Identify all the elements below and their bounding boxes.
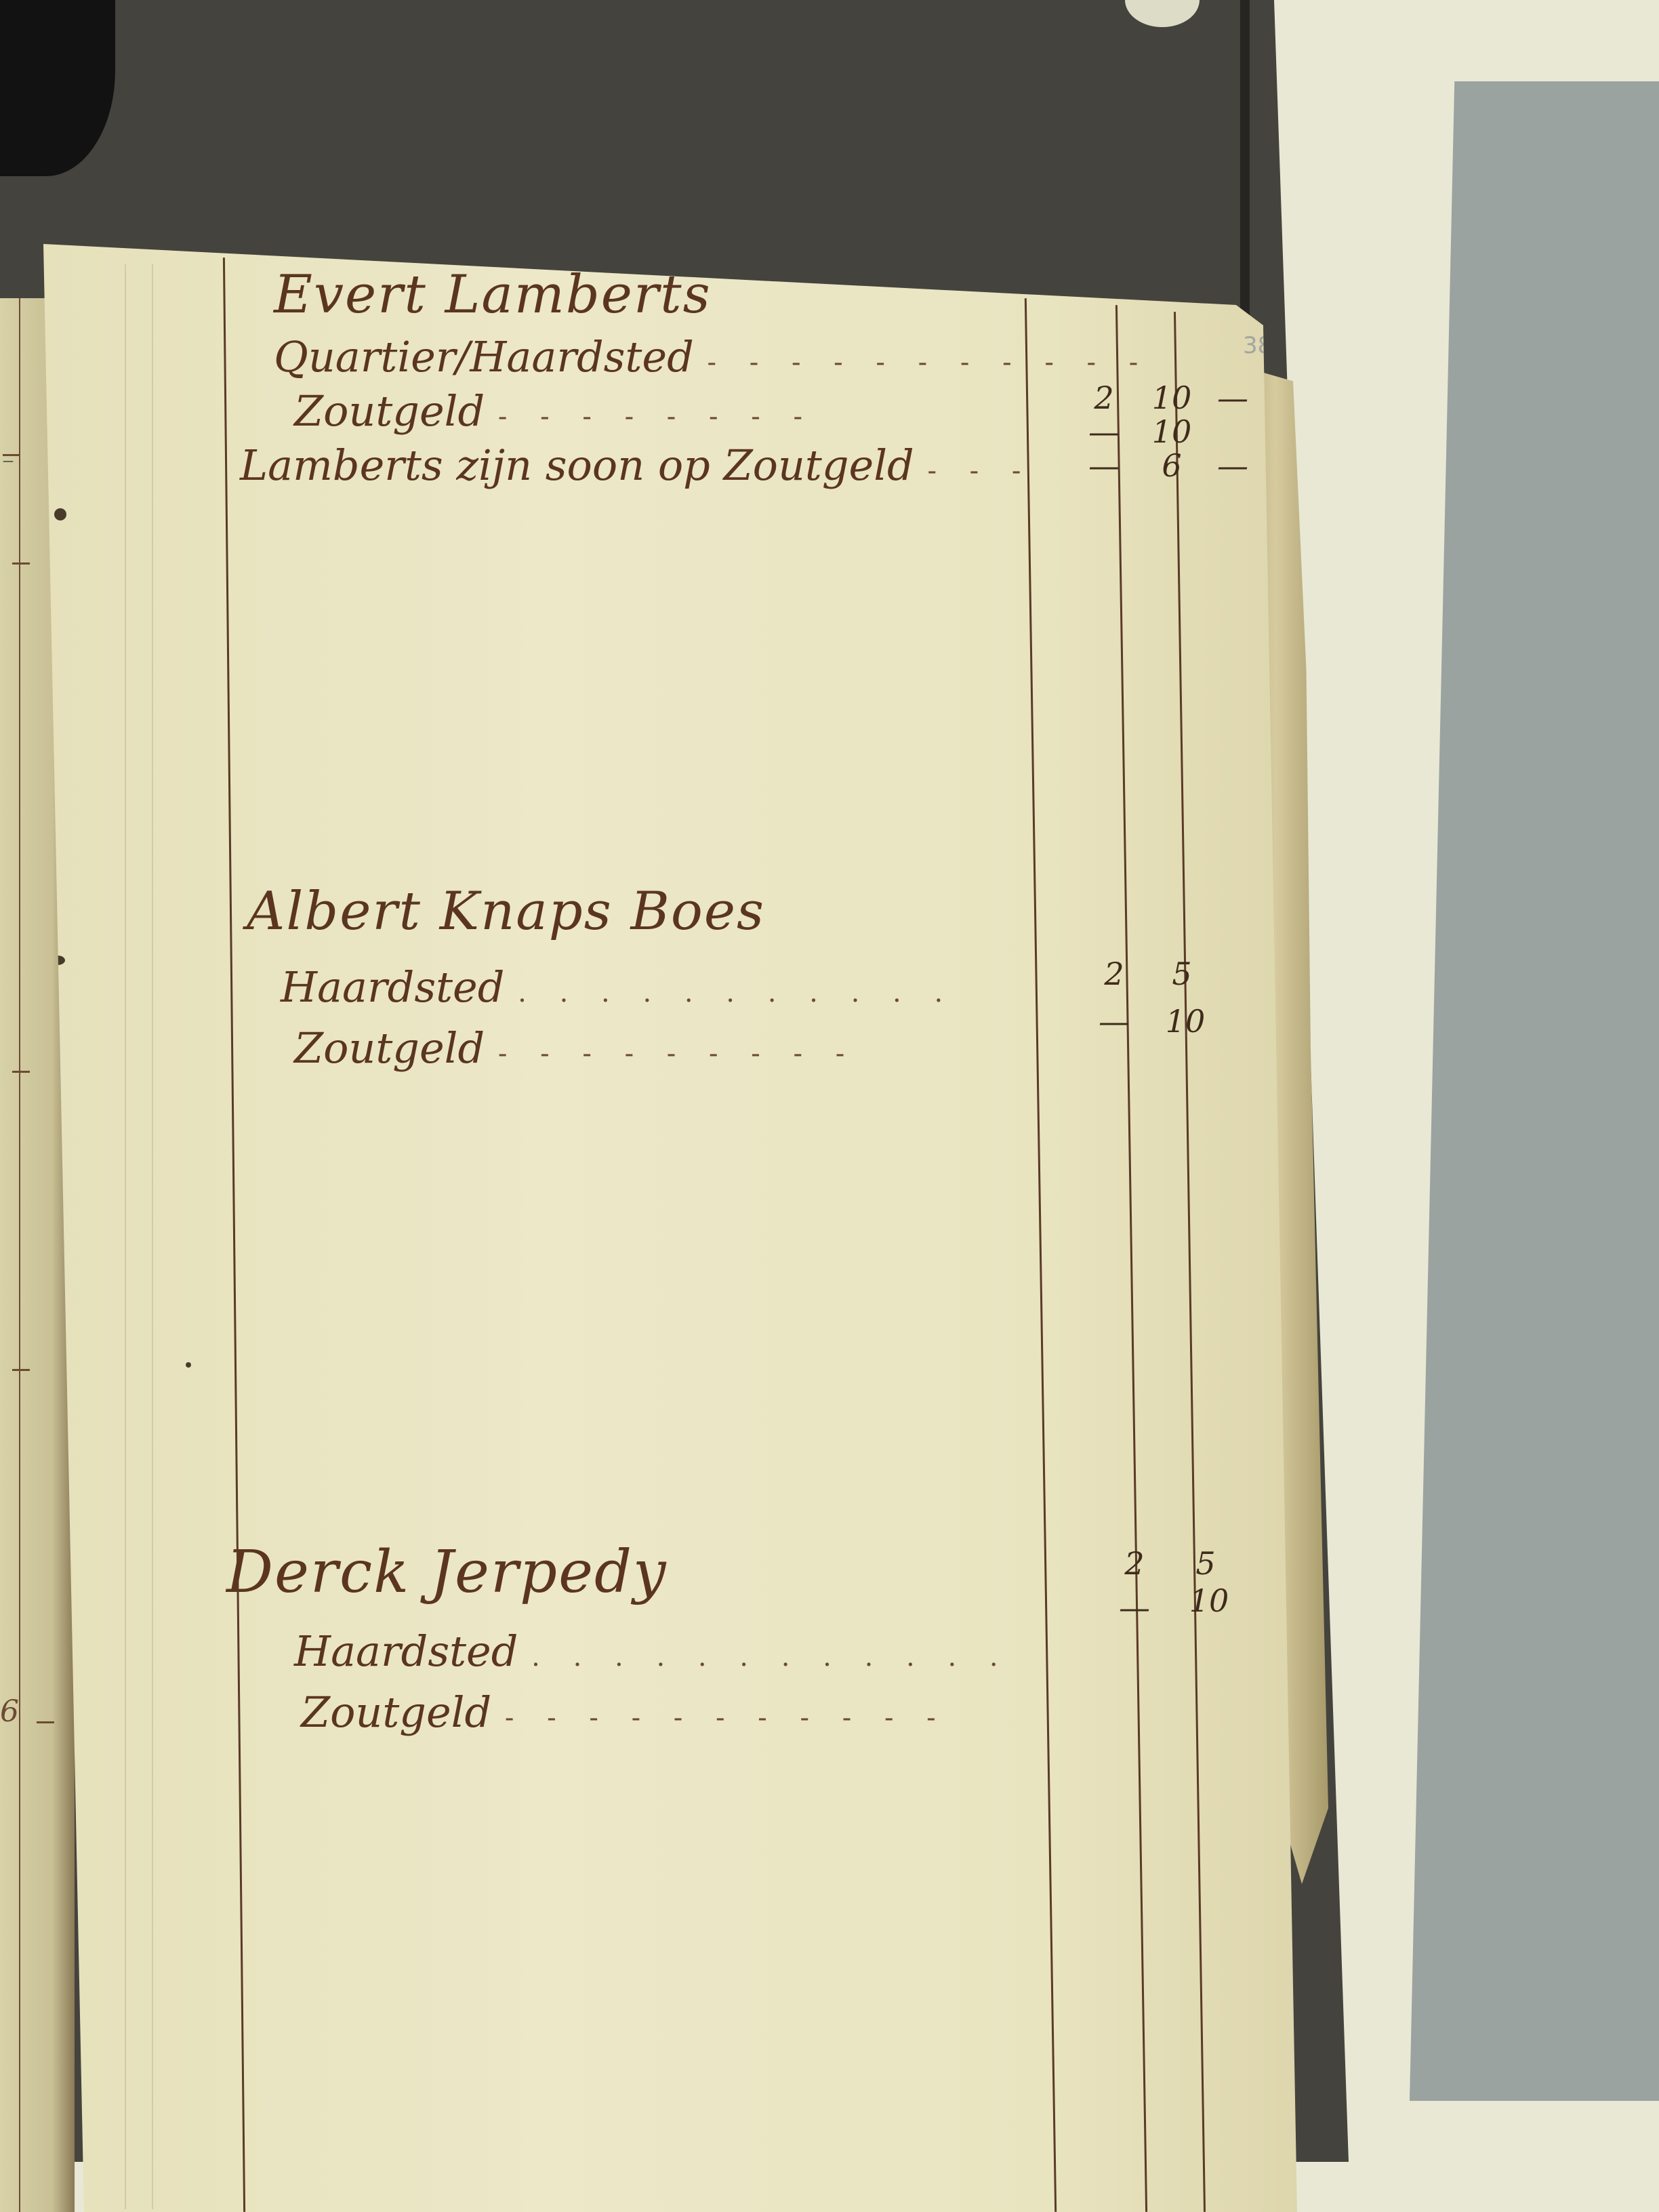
penningen-column-rule xyxy=(1174,312,1206,2212)
amount-guilders: — xyxy=(1090,1003,1138,1040)
item-label: Zoutgeld xyxy=(301,1687,491,1737)
line-item: Zoutgeld - - - - - - - - xyxy=(294,386,815,436)
item-label: Zoutgeld xyxy=(294,386,485,436)
amount-stuivers: 10 xyxy=(1185,1582,1233,1619)
tick-mark xyxy=(12,562,30,565)
left-margin-rule xyxy=(223,258,245,2212)
dot-leader: . . . . . . . . . . . xyxy=(518,977,955,1008)
margin-rule xyxy=(19,298,20,2212)
amount-stuivers: 10 xyxy=(1148,380,1195,416)
amount-guilders: — xyxy=(1111,1589,1158,1626)
taxpayer-name: Albert Knaps Boes xyxy=(247,881,765,942)
dot-leader: - - - xyxy=(927,455,1033,487)
tick-mark xyxy=(12,1369,30,1371)
tick-mark: — xyxy=(3,454,20,456)
amount-stuivers: 10 xyxy=(1162,1003,1209,1040)
amount-penningen: — xyxy=(1209,380,1256,416)
fragment-digit: 6 xyxy=(0,1694,19,1729)
line-item: Lamberts zijn soon op Zoutgeld - - - xyxy=(240,441,1033,490)
line-item: Haardsted . . . . . . . . . . . xyxy=(281,962,955,1012)
faint-margin-line xyxy=(152,264,153,2209)
amount-guilders: 2 xyxy=(1090,956,1138,992)
tick-mark xyxy=(12,1071,30,1073)
amount-guilders: 2 xyxy=(1111,1545,1158,1582)
line-item: Haardsted . . . . . . . . . . . . xyxy=(294,1626,1010,1676)
amount-guilders: — xyxy=(1080,413,1128,450)
stuivers-column-rule xyxy=(1115,305,1147,2212)
amount-stuivers: 10 xyxy=(1148,413,1195,450)
ink-speck xyxy=(186,1362,191,1368)
dot-leader: . . . . . . . . . . . . xyxy=(531,1641,1010,1673)
item-label: Haardsted xyxy=(294,1626,518,1676)
taxpayer-name: Derck Jerpedy xyxy=(226,1538,668,1606)
line-item: Quartier/Haardsted - - - - - - - - - - - xyxy=(274,332,1150,382)
amount-stuivers: 5 xyxy=(1158,956,1206,992)
amount-penningen: — xyxy=(1209,447,1256,484)
tick-mark xyxy=(37,1721,54,1723)
item-label: Quartier/Haardsted xyxy=(274,332,694,382)
dot-leader: - - - - - - - - - xyxy=(498,1038,857,1069)
dot-leader: - - - - - - - - - - - xyxy=(505,1702,948,1734)
ledger-page: 38 Evert Lamberts Quartier/Haardsted - -… xyxy=(43,244,1297,2212)
item-label: Haardsted xyxy=(281,962,504,1012)
faint-margin-line xyxy=(125,264,126,2209)
dot-leader: - - - - - - - - xyxy=(498,401,815,432)
amount-guilders: — xyxy=(1080,447,1128,484)
amount-stuivers: 5 xyxy=(1182,1545,1229,1582)
dot-leader: - - - - - - - - - - - xyxy=(707,347,1150,378)
amount-guilders: 2 xyxy=(1080,380,1128,416)
binding-hole xyxy=(54,508,66,520)
item-label: Zoutgeld xyxy=(294,1023,485,1073)
amount-stuivers: 6 xyxy=(1148,447,1195,484)
guilders-column-rule xyxy=(1025,298,1057,2212)
item-label: Lamberts zijn soon op Zoutgeld xyxy=(240,441,914,490)
line-item: Zoutgeld - - - - - - - - - - - xyxy=(301,1687,948,1737)
line-item: Zoutgeld - - - - - - - - - xyxy=(294,1023,857,1073)
